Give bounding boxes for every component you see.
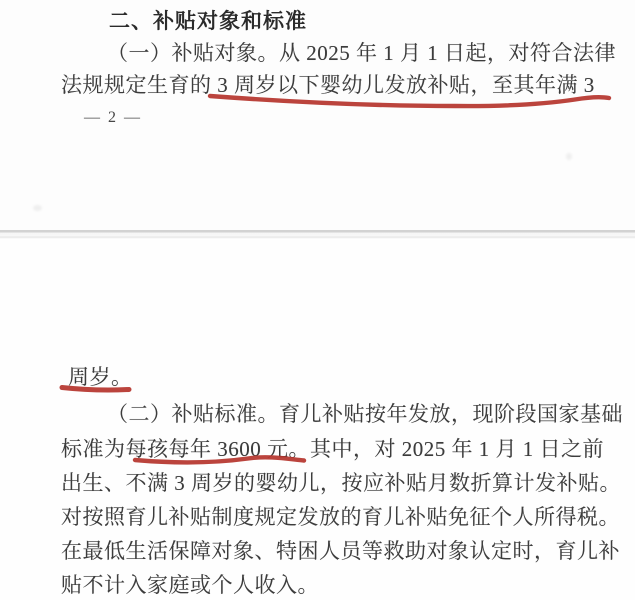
body-line: （一）补贴对象。从 2025 年 1 月 1 日起，对符合法律 — [107, 41, 616, 65]
scanned-page-1: 二、补贴对象和标准 （一）补贴对象。从 2025 年 1 月 1 日起，对符合法… — [0, 0, 635, 231]
page-number: — 2 — — [84, 109, 142, 127]
body-line: 出生、不满 3 周岁的婴幼儿，按应补贴月数折算计发补贴。 — [61, 471, 621, 495]
section-heading: 二、补贴对象和标准 — [109, 5, 307, 35]
document-screenshot: 二、补贴对象和标准 （一）补贴对象。从 2025 年 1 月 1 日起，对符合法… — [0, 0, 635, 600]
body-line: 在最低生活保障对象、特困人员等救助对象认定时，育儿补 — [61, 539, 620, 563]
scan-smudge — [33, 205, 42, 211]
body-line: 法规规定生育的 3 周岁以下婴幼儿发放补贴，至其年满 3 — [61, 73, 595, 97]
body-line: 贴不计入家庭或个人收入。 — [61, 573, 319, 597]
body-line: 周岁。 — [68, 365, 133, 389]
body-line: 对按照育儿补贴制度规定发放的育儿补贴免征个人所得税。 — [61, 505, 620, 529]
body-line: （二）补贴标准。育儿补贴按年发放，现阶段国家基础 — [107, 402, 623, 426]
body-line: 标准为每孩每年 3600 元。其中，对 2025 年 1 月 1 日之前 — [61, 437, 604, 461]
page-gap-divider — [0, 230, 635, 239]
scan-smudge — [566, 153, 572, 160]
